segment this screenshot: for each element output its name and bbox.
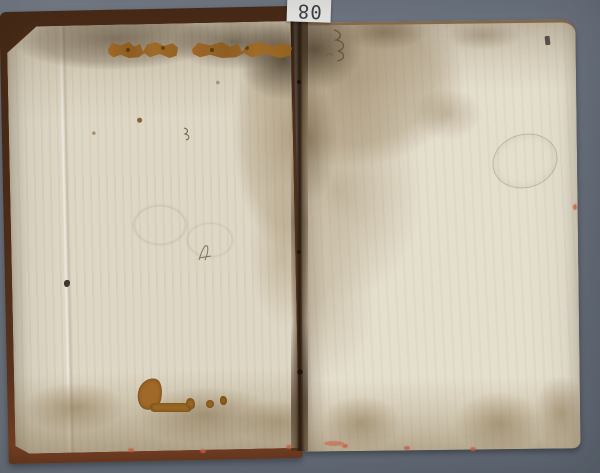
right-endpaper [298, 19, 580, 451]
left-cover-board [0, 6, 303, 464]
left-endpaper [7, 21, 300, 454]
shelfmark-label: 08 [287, 0, 332, 23]
spine-gutter [291, 22, 308, 451]
photo-open-book: 08 [0, 0, 600, 473]
shelfmark-number: 08 [296, 0, 322, 22]
